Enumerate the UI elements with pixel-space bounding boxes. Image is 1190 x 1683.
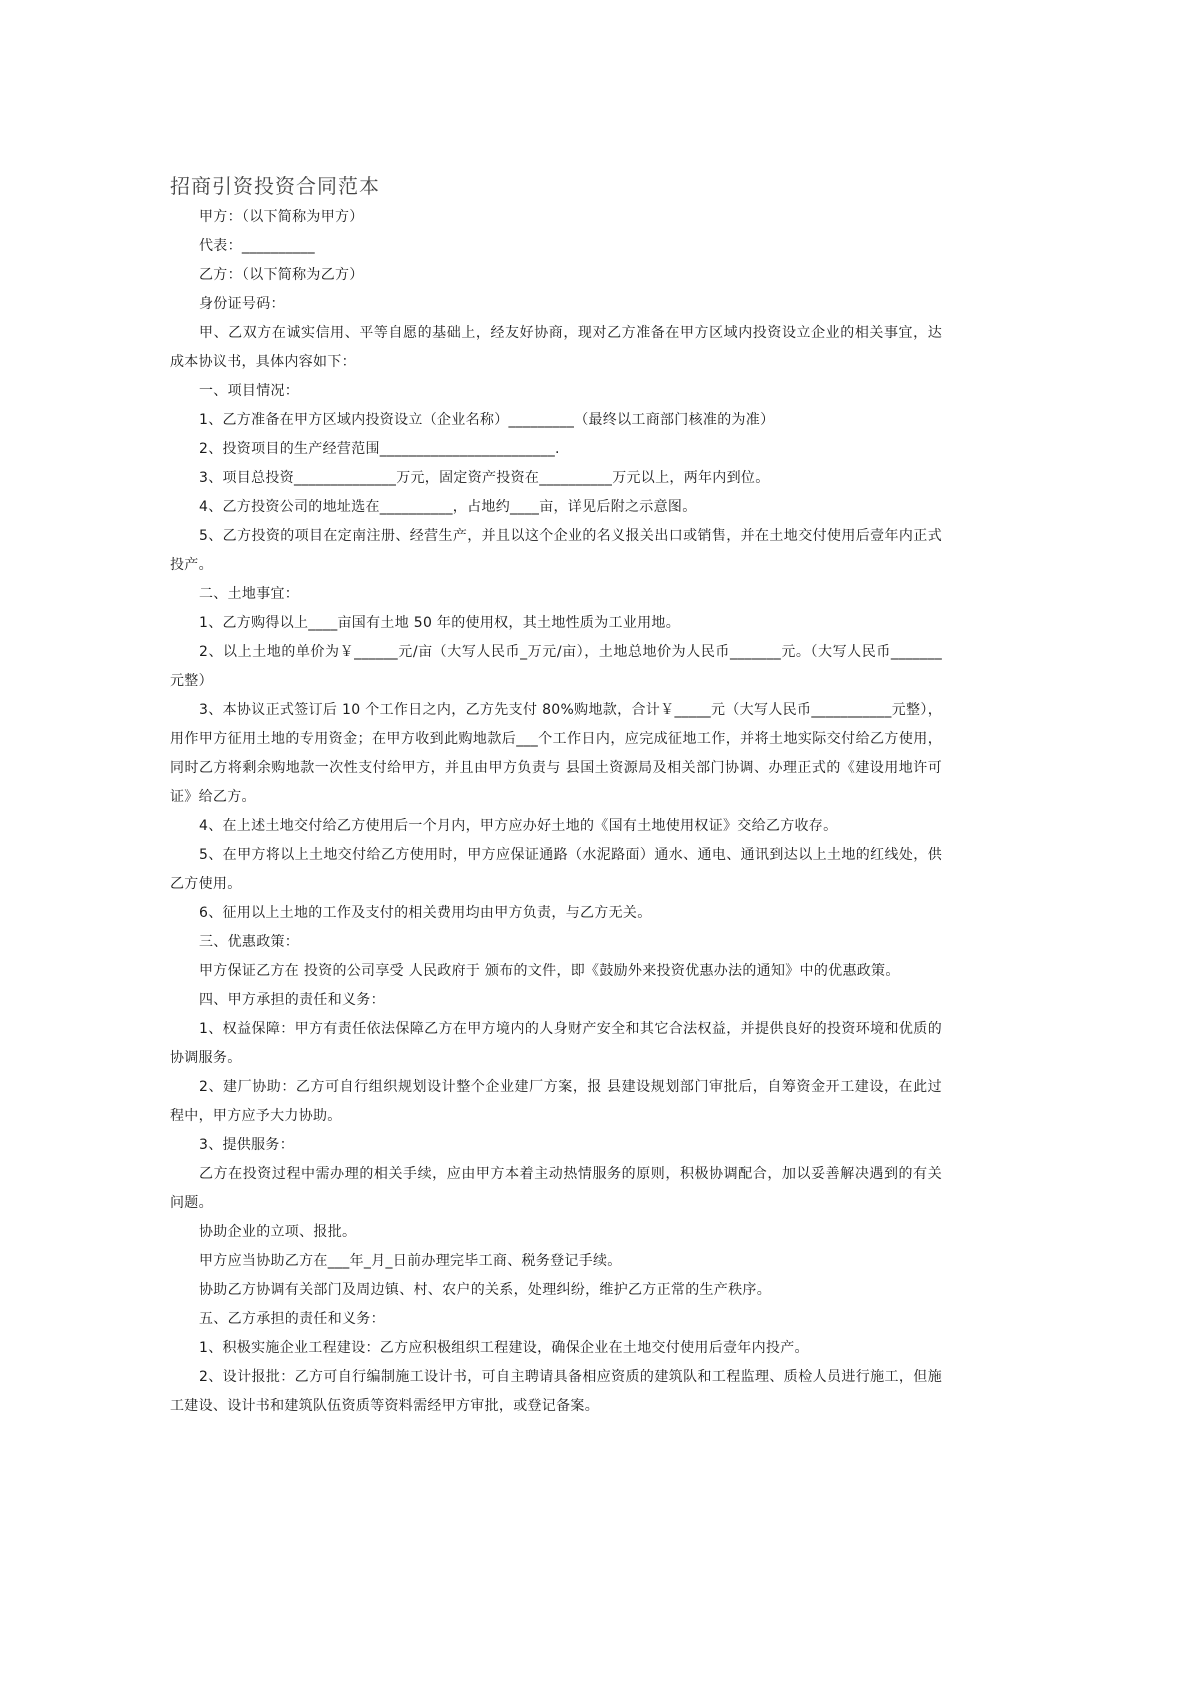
clause-1-4: 4、乙方投资公司的地址选在__________，占地约____亩，详见后附之示意… <box>170 493 942 522</box>
clause-1-2: 2、投资项目的生产经营范围________________________. <box>170 435 942 464</box>
clause-1-1: 1、乙方准备在甲方区域内投资设立（企业名称）_________（最终以工商部门核… <box>170 406 942 435</box>
party-b-line: 乙方：（以下简称为乙方） <box>170 261 942 290</box>
clause-4-3-item-b: 甲方应当协助乙方在___年_月_日前办理完毕工商、税务登记手续。 <box>170 1247 942 1276</box>
clause-4-3-body: 乙方在投资过程中需办理的相关手续，应由甲方本着主动热情服务的原则，积极协调配合，… <box>170 1160 942 1218</box>
clause-2-1: 1、乙方购得以上____亩国有土地 50 年的使用权，其土地性质为工业用地。 <box>170 609 942 638</box>
clause-4-3-item-c: 协助乙方协调有关部门及周边镇、村、农户的关系，处理纠纷，维护乙方正常的生产秩序。 <box>170 1276 942 1305</box>
section-heading-4: 四、甲方承担的责任和义务： <box>170 986 942 1015</box>
clause-4-1: 1、权益保障：甲方有责任依法保障乙方在甲方境内的人身财产安全和其它合法权益，并提… <box>170 1015 942 1073</box>
clause-2-6: 6、征用以上土地的工作及支付的相关费用均由甲方负责，与乙方无关。 <box>170 899 942 928</box>
clause-5-1: 1、积极实施企业工程建设：乙方应积极组织工程建设，确保企业在土地交付使用后壹年内… <box>170 1334 942 1363</box>
clause-1-3: 3、项目总投资______________万元，固定资产投资在_________… <box>170 464 942 493</box>
representative-line: 代表：__________ <box>170 232 942 261</box>
document-title: 招商引资投资合同范本 <box>170 172 942 200</box>
clause-5-2: 2、设计报批：乙方可自行编制施工设计书，可自主聘请具备相应资质的建筑队和工程监理… <box>170 1363 942 1421</box>
clause-1-5: 5、乙方投资的项目在定南注册、经营生产，并且以这个企业的名义报关出口或销售，并在… <box>170 522 942 580</box>
clause-2-5: 5、在甲方将以上土地交付给乙方使用时，甲方应保证通路（水泥路面）通水、通电、通讯… <box>170 841 942 899</box>
party-a-line: 甲方：（以下简称为甲方） <box>170 203 942 232</box>
clause-4-2: 2、建厂协助：乙方可自行组织规划设计整个企业建厂方案，报 县建设规划部门审批后，… <box>170 1073 942 1131</box>
section-heading-3: 三、优惠政策： <box>170 928 942 957</box>
section-heading-2: 二、土地事宜： <box>170 580 942 609</box>
clause-4-3: 3、提供服务： <box>170 1131 942 1160</box>
clause-2-2: 2、以上土地的单价为￥______元/亩（大写人民币_万元/亩），土地总地价为人… <box>170 638 942 696</box>
section-heading-1: 一、项目情况： <box>170 377 942 406</box>
clause-4-3-item-a: 协助企业的立项、报批。 <box>170 1218 942 1247</box>
document-page: 招商引资投资合同范本 甲方：（以下简称为甲方） 代表：__________ 乙方… <box>170 172 942 1421</box>
preamble: 甲、乙双方在诚实信用、平等自愿的基础上，经友好协商，现对乙方准备在甲方区域内投资… <box>170 319 942 377</box>
clause-2-3: 3、本协议正式签订后 10 个工作日之内，乙方先支付 80%购地款，合计￥___… <box>170 696 942 812</box>
clause-2-4: 4、在上述土地交付给乙方使用后一个月内，甲方应办好土地的《国有土地使用权证》交给… <box>170 812 942 841</box>
section-heading-5: 五、乙方承担的责任和义务： <box>170 1305 942 1334</box>
id-number-line: 身份证号码： <box>170 290 942 319</box>
clause-3-body: 甲方保证乙方在 投资的公司享受 人民政府于 颁布的文件，即《鼓励外来投资优惠办法… <box>170 957 942 986</box>
